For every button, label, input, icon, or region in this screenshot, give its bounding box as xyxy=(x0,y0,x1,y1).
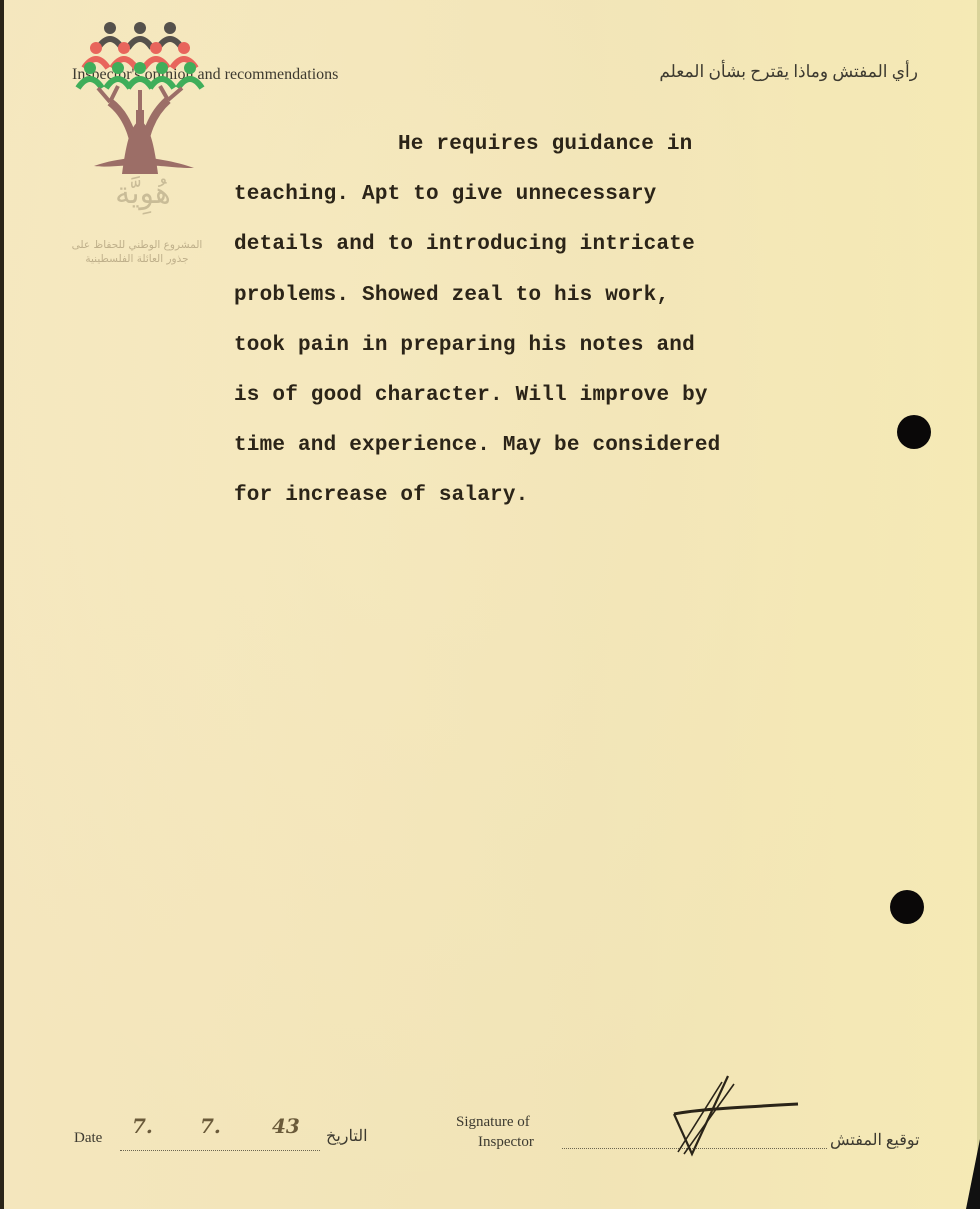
date-day: 7. xyxy=(132,1114,153,1138)
watermark-subtitle-line1: المشروع الوطني للحفاظ على xyxy=(62,238,212,252)
punch-hole xyxy=(897,415,931,449)
watermark-title: هُوِيَّة xyxy=(98,176,188,211)
remark-line: teaching. Apt to give unnecessary xyxy=(234,170,854,220)
date-year: 43 xyxy=(272,1114,300,1138)
remark-line: problems. Showed zeal to his work, xyxy=(234,271,854,321)
watermark-subtitle-line2: جذور العائلة الفلسطينية xyxy=(62,252,212,266)
remark-line: took pain in preparing his notes and xyxy=(234,321,854,371)
typed-remarks: He requires guidance inteaching. Apt to … xyxy=(234,120,854,522)
section-label-ar: رأي المفتش وماذا يقترح بشأن المعلم xyxy=(659,62,918,82)
remark-line: details and to introducing intricate xyxy=(234,220,854,270)
date-label-ar: التاريخ xyxy=(326,1126,368,1146)
remark-line: for increase of salary. xyxy=(234,471,854,521)
handwritten-signature xyxy=(664,1074,804,1164)
signature-label-line1: Signature of xyxy=(456,1112,534,1132)
punch-hole xyxy=(890,890,924,924)
signature-label-line2: Inspector xyxy=(456,1132,534,1152)
signature-label-ar: توقيع المفتش xyxy=(830,1130,920,1150)
date-label: Date xyxy=(74,1130,102,1147)
date-field-line xyxy=(120,1138,320,1151)
signature-label: Signature of Inspector xyxy=(456,1112,534,1152)
watermark-subtitle: المشروع الوطني للحفاظ على جذور العائلة ا… xyxy=(62,238,212,266)
date-month: 7. xyxy=(200,1114,221,1138)
remark-line: time and experience. May be considered xyxy=(234,421,854,471)
tree-logo-icon xyxy=(60,14,220,264)
remark-line: is of good character. Will improve by xyxy=(234,371,854,421)
footer: Date 7. 7. 43 التاريخ Signature of Inspe… xyxy=(0,1100,980,1180)
remark-line: He requires guidance in xyxy=(234,120,854,170)
scan-edge-left xyxy=(0,0,4,1209)
